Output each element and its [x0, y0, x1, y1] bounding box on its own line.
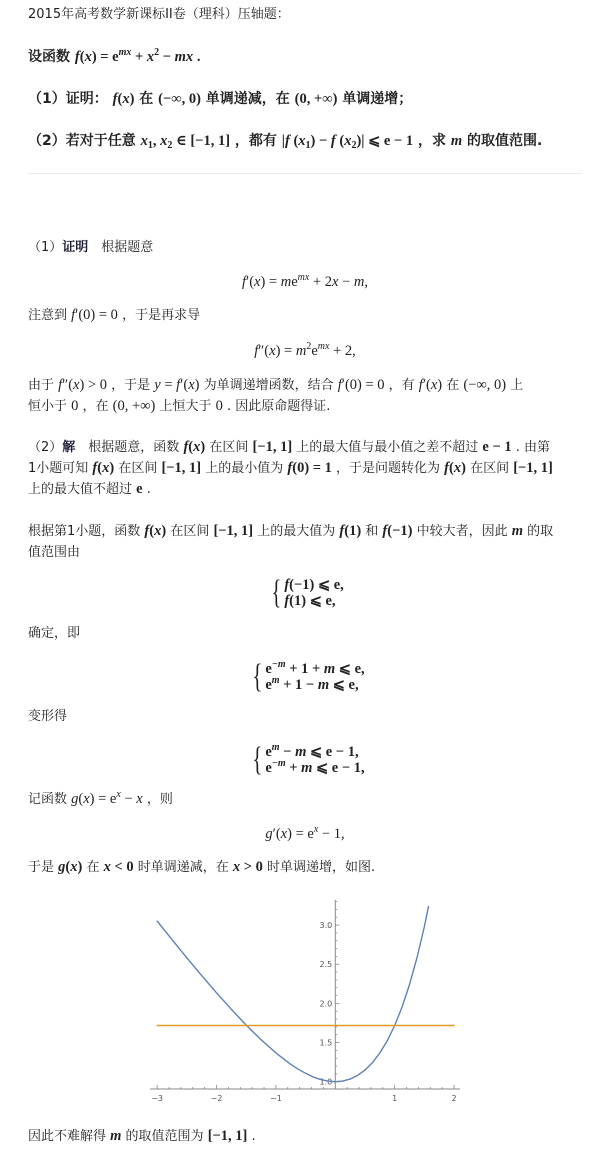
- math-variable: x: [141, 133, 148, 149]
- math-run: < 0: [111, 859, 134, 875]
- math-run: ) > 0: [79, 377, 107, 393]
- left-brace: {: [272, 577, 282, 609]
- math-variable: m: [296, 343, 306, 359]
- math-run: (−∞, 0): [463, 377, 506, 393]
- page: 2015年高考数学新课标II卷（理科）压轴题： 设函数 f(x) = emx +…: [0, 0, 600, 1152]
- transform-text: 变形得: [28, 706, 67, 727]
- x-tick-label: 2: [452, 1094, 457, 1103]
- system-row: e−m + m ⩽ e − 1,: [265, 760, 364, 776]
- x-tick-label: −3: [151, 1094, 163, 1103]
- math-run: ⩽ e,: [335, 661, 364, 677]
- y-tick-label: 3.0: [320, 921, 333, 930]
- superscript: m: [272, 675, 280, 686]
- math-run: (0, +∞): [113, 398, 156, 414]
- math-variable: m: [301, 760, 312, 776]
- system-rows: f(−1) ⩽ e, f(1) ⩽ e,: [284, 577, 343, 609]
- math-run: ) −: [311, 133, 331, 149]
- text-run: ，都有: [230, 133, 282, 149]
- paragraph-line: （2）解 根据题意，函数 f(x) 在区间 [−1, 1] 上的最大值与最小值之…: [28, 437, 553, 458]
- note-text: 注意到 f′(0) = 0 ，于是再求导: [28, 305, 200, 326]
- text-run: . 因此原命题得证.: [223, 399, 331, 414]
- monotonic-text: 于是 g(x) 在 x < 0 时单调递减，在 x > 0 时单调递增，如图.: [28, 857, 375, 878]
- section-divider: [28, 173, 582, 174]
- math-run: (: [336, 133, 344, 149]
- text-run: .: [247, 1129, 255, 1144]
- text-run: ，则: [143, 792, 173, 807]
- text-run: 单调递减，在: [201, 91, 295, 107]
- text-run: . 由第: [512, 440, 550, 455]
- math-run: [−1, 1]: [213, 523, 253, 539]
- text-run: 根据第1小题，函数: [28, 524, 144, 539]
- math-run: ⩽ e − 1,: [312, 760, 364, 776]
- superscript: m: [272, 742, 280, 753]
- y-tick-label: 1.5: [320, 1039, 333, 1048]
- math-run: +: [131, 49, 147, 65]
- math-run: > 0: [240, 859, 263, 875]
- math-variable: m: [512, 523, 523, 539]
- math-run: e − 1: [482, 439, 511, 455]
- text-run: 在区间: [466, 461, 513, 476]
- math-run: ′(: [423, 377, 431, 393]
- part1-conclusion-paragraph: 由于 f″(x) > 0 ，于是 y = f′(x) 为单调递增函数，结合 f′…: [28, 375, 523, 417]
- math-variable: x: [122, 91, 129, 107]
- text-run: 在: [82, 860, 103, 875]
- confirm-text: 确定，即: [28, 623, 80, 644]
- math-run: −: [159, 49, 175, 65]
- text-run: 注意到: [28, 308, 71, 323]
- math-variable: x: [298, 133, 305, 149]
- math-run: ) = e: [90, 791, 117, 807]
- text-run: ，于是再求导: [118, 308, 200, 323]
- part2-intro-paragraph: （2）解 根据题意，函数 f(x) 在区间 [−1, 1] 上的最大值与最小值之…: [28, 437, 553, 500]
- y-tick-label: 2.5: [320, 960, 333, 969]
- text-run: 时单调递减，在: [134, 860, 233, 875]
- math-variable: m: [281, 274, 291, 290]
- x-tick-label: −2: [211, 1094, 223, 1103]
- math-run: − 1,: [318, 826, 344, 842]
- x-tick-label: −1: [270, 1094, 282, 1103]
- math-run: )| ⩽ e − 1: [356, 133, 413, 149]
- math-run: (−1): [387, 523, 412, 539]
- math-variable: x: [85, 49, 92, 65]
- math-run: ⩽ e,: [329, 677, 358, 693]
- text-run: ，于是: [107, 378, 154, 393]
- text-run: 和: [361, 524, 382, 539]
- text-run: 于是: [28, 860, 58, 875]
- math-run: ,: [364, 274, 368, 290]
- math-variable: mx: [175, 49, 194, 65]
- math-run: (1): [344, 523, 361, 539]
- text-run: 2015年高考数学新课标II卷（理科）压轴题：: [28, 7, 290, 22]
- y-tick-label: 2.0: [320, 999, 333, 1008]
- system-row: f(−1) ⩽ e,: [284, 577, 343, 593]
- equation-first-derivative: f′(x) = memx + 2x − m,: [28, 272, 582, 293]
- math-run: ″(: [62, 377, 73, 393]
- g-of-x-curve: [157, 907, 428, 1082]
- problem-statement: 设函数 f(x) = emx + x2 − mx .: [28, 47, 200, 68]
- text-run: 1小题可知: [28, 461, 92, 476]
- equation-g-derivative: g′(x) = ex − 1,: [28, 824, 582, 845]
- text-run: 记函数: [28, 792, 71, 807]
- system-row: e−m + 1 + m ⩽ e,: [265, 661, 364, 677]
- math-run: + 1 −: [280, 677, 318, 693]
- text-run: 上: [506, 378, 523, 393]
- math-run: ) = e: [287, 826, 314, 842]
- problem-part1: （1）证明： f(x) 在 (−∞, 0) 单调递减，在 (0, +∞) 单调递…: [28, 89, 412, 110]
- text-run: 根据题意，函数: [75, 440, 183, 455]
- math-run: (−1) ⩽ e,: [289, 577, 344, 593]
- math-run: 0: [216, 398, 223, 414]
- text-run: 时单调递增，如图.: [263, 860, 375, 875]
- math-run: [−1, 1]: [161, 460, 201, 476]
- math-variable: m: [451, 133, 462, 149]
- math-run: [−1, 1]: [252, 439, 292, 455]
- math-variable: g: [265, 826, 272, 842]
- text-run: 上恒大于: [155, 399, 215, 414]
- problem-source-title: 2015年高考数学新课标II卷（理科）压轴题：: [28, 4, 290, 25]
- paragraph-line: 上的最大值不超过 e .: [28, 479, 553, 500]
- text-run: 单调递增；: [337, 91, 412, 107]
- math-run: + 2: [309, 274, 332, 290]
- math-run: ″(: [258, 343, 269, 359]
- text-run: .: [143, 482, 151, 497]
- paragraph-line: 恒小于 0 ，在 (0, +∞) 上恒大于 0 . 因此原命题得证.: [28, 396, 523, 417]
- math-run: ) =: [260, 274, 280, 290]
- system-row: f(1) ⩽ e,: [284, 593, 343, 609]
- math-variable: m: [110, 1128, 121, 1144]
- text-run: 根据题意: [88, 240, 153, 255]
- paragraph-line: 值范围由: [28, 542, 553, 563]
- math-run: +: [286, 760, 302, 776]
- function-plot: −3−2−1121.01.52.02.53.0: [140, 890, 470, 1110]
- math-run: ∈ [−1, 1]: [172, 133, 230, 149]
- math-run: ′(0) = 0: [75, 307, 118, 323]
- superscript: −m: [272, 659, 286, 670]
- superscript: mx: [318, 341, 330, 352]
- text-run: （2）: [28, 440, 62, 455]
- math-variable: x: [104, 859, 111, 875]
- math-run: ) = e: [92, 49, 119, 65]
- math-run: =: [161, 377, 176, 393]
- text-run: 设函数: [28, 49, 75, 65]
- math-variable: m: [324, 661, 335, 677]
- math-run: (1) ⩽ e,: [289, 593, 335, 609]
- text-run: 由于: [28, 378, 58, 393]
- math-variable: m: [354, 274, 364, 290]
- text-run: 在区间: [166, 524, 213, 539]
- text-run: 因此不难解得: [28, 1129, 110, 1144]
- math-run: ⩽ e − 1,: [306, 744, 358, 760]
- left-brace: {: [253, 661, 263, 693]
- system-row: em + 1 − m ⩽ e,: [265, 677, 364, 693]
- paragraph-line: 1小题可知 f(x) 在区间 [−1, 1] 上的最小值为 f(0) = 1 ，…: [28, 458, 553, 479]
- text-run: （1）: [28, 240, 62, 255]
- equation-second-derivative: f″(x) = m2emx + 2,: [28, 341, 582, 362]
- system-rows: e−m + 1 + m ⩽ e, em + 1 − m ⩽ e,: [265, 661, 364, 693]
- text-run: 在区间: [114, 461, 161, 476]
- paragraph-line: 由于 f″(x) > 0 ，于是 y = f′(x) 为单调递增函数，结合 f′…: [28, 375, 523, 396]
- superscript: mx: [119, 47, 132, 58]
- x-tick-label: 1: [392, 1094, 397, 1103]
- part2-max-paragraph: 根据第1小题，函数 f(x) 在区间 [−1, 1] 上的最大值为 f(1) 和…: [28, 521, 553, 563]
- inequality-system-3: { em − m ⩽ e − 1, e−m + m ⩽ e − 1,: [246, 744, 365, 776]
- text-run: 的取: [523, 524, 553, 539]
- math-run: ′(: [246, 274, 254, 290]
- text-run: ，求: [413, 133, 451, 149]
- solution-part1-heading: （1）证明 根据题意: [28, 237, 153, 258]
- define-g-text: 记函数 g(x) = ex − x ，则: [28, 789, 173, 810]
- math-run: + 2,: [329, 343, 355, 359]
- text-run: 为单调递增函数，结合: [199, 378, 337, 393]
- math-run: ′(: [273, 826, 281, 842]
- system-rows: em − m ⩽ e − 1, e−m + m ⩽ e − 1,: [265, 744, 364, 776]
- text-run: 值范围由: [28, 545, 80, 560]
- math-variable: m: [295, 744, 306, 760]
- text-run: （1）证明：: [28, 91, 113, 107]
- text-run: 上的最小值为: [201, 461, 287, 476]
- text-run: 在区间: [205, 440, 252, 455]
- text-run: 变形得: [28, 709, 67, 724]
- superscript: mx: [298, 272, 310, 283]
- text-run: 上的最大值不超过: [28, 482, 136, 497]
- inequality-system-2: { e−m + 1 + m ⩽ e, em + 1 − m ⩽ e,: [246, 661, 365, 693]
- left-brace: {: [253, 744, 263, 776]
- text-run: 在: [442, 378, 463, 393]
- text-run: （2）若对于任意: [28, 133, 141, 149]
- text-run: 上的最大值与最小值之差不超过: [292, 440, 482, 455]
- math-run: ) =: [276, 343, 296, 359]
- math-variable: m: [318, 677, 329, 693]
- math-run: (0) = 1: [292, 460, 332, 476]
- math-run: [−1, 1]: [208, 1128, 248, 1144]
- superscript: −m: [272, 758, 286, 769]
- math-run: ′(0) = 0: [342, 377, 385, 393]
- text-run: 上的最大值为: [253, 524, 339, 539]
- text-run: 在: [134, 91, 158, 107]
- text-run: ，在: [78, 399, 112, 414]
- math-run: −: [338, 274, 353, 290]
- math-run: + 1 +: [286, 661, 324, 677]
- text-run: 中较大者，因此: [412, 524, 511, 539]
- text-run: ，于是问题转化为: [332, 461, 444, 476]
- paragraph-line: 根据第1小题，函数 f(x) 在区间 [−1, 1] 上的最大值为 f(1) 和…: [28, 521, 553, 542]
- text-run: 确定，即: [28, 626, 80, 641]
- bold-text-run: 证明: [62, 240, 88, 255]
- bold-text-run: 解: [62, 440, 75, 455]
- math-run: .: [193, 49, 200, 65]
- text-run: 的取值范围为: [121, 1129, 207, 1144]
- text-run: 的取值范围.: [462, 133, 542, 149]
- text-run: 恒小于: [28, 399, 71, 414]
- inequality-system-1: { f(−1) ⩽ e, f(1) ⩽ e,: [265, 577, 344, 609]
- math-run: (−∞, 0): [158, 91, 201, 107]
- math-run: ′(: [180, 377, 188, 393]
- math-run: (0, +∞): [295, 91, 338, 107]
- math-run: −: [121, 791, 136, 807]
- math-run: [−1, 1]: [513, 460, 553, 476]
- problem-part2: （2）若对于任意 x1, x2 ∈ [−1, 1] ，都有 |f (x1) − …: [28, 131, 542, 152]
- text-run: ，有: [385, 378, 419, 393]
- final-answer: 因此不难解得 m 的取值范围为 [−1, 1] .: [28, 1126, 256, 1147]
